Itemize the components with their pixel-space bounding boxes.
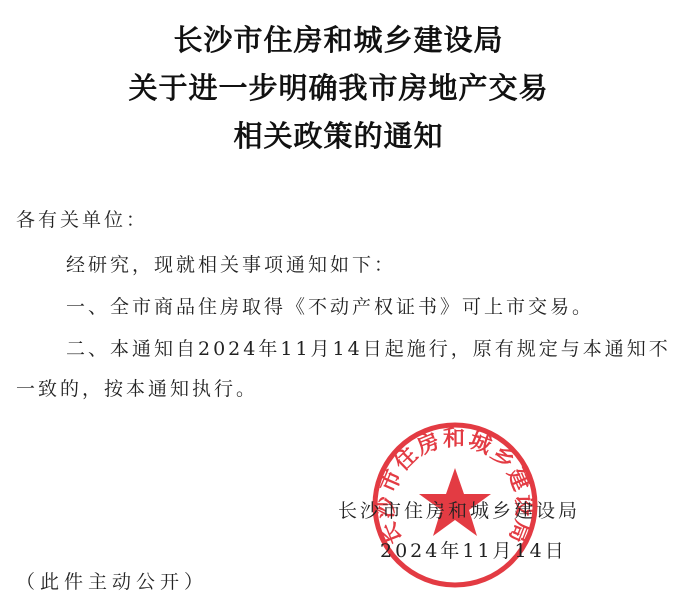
issue-date: 2024年11月14日	[380, 536, 567, 563]
salutation: 各有关单位：	[16, 205, 148, 232]
item-2-continuation: 一致的，按本通知执行。	[16, 374, 258, 401]
signature: 长沙市住房和城乡建设局	[338, 496, 580, 523]
item-2: 二、本通知自2024年11月14日起施行，原有规定与本通知不	[66, 334, 671, 361]
disclosure-note: （此件主动公开）	[16, 567, 208, 594]
intro-paragraph: 经研究，现就相关事项通知如下：	[66, 250, 396, 277]
document-title-line-1: 长沙市住房和城乡建设局	[0, 18, 677, 59]
document-title-line-2: 关于进一步明确我市房地产交易	[0, 66, 677, 107]
document-title-line-3: 相关政策的通知	[0, 114, 677, 155]
item-1: 一、全市商品住房取得《不动产权证书》可上市交易。	[66, 292, 594, 319]
